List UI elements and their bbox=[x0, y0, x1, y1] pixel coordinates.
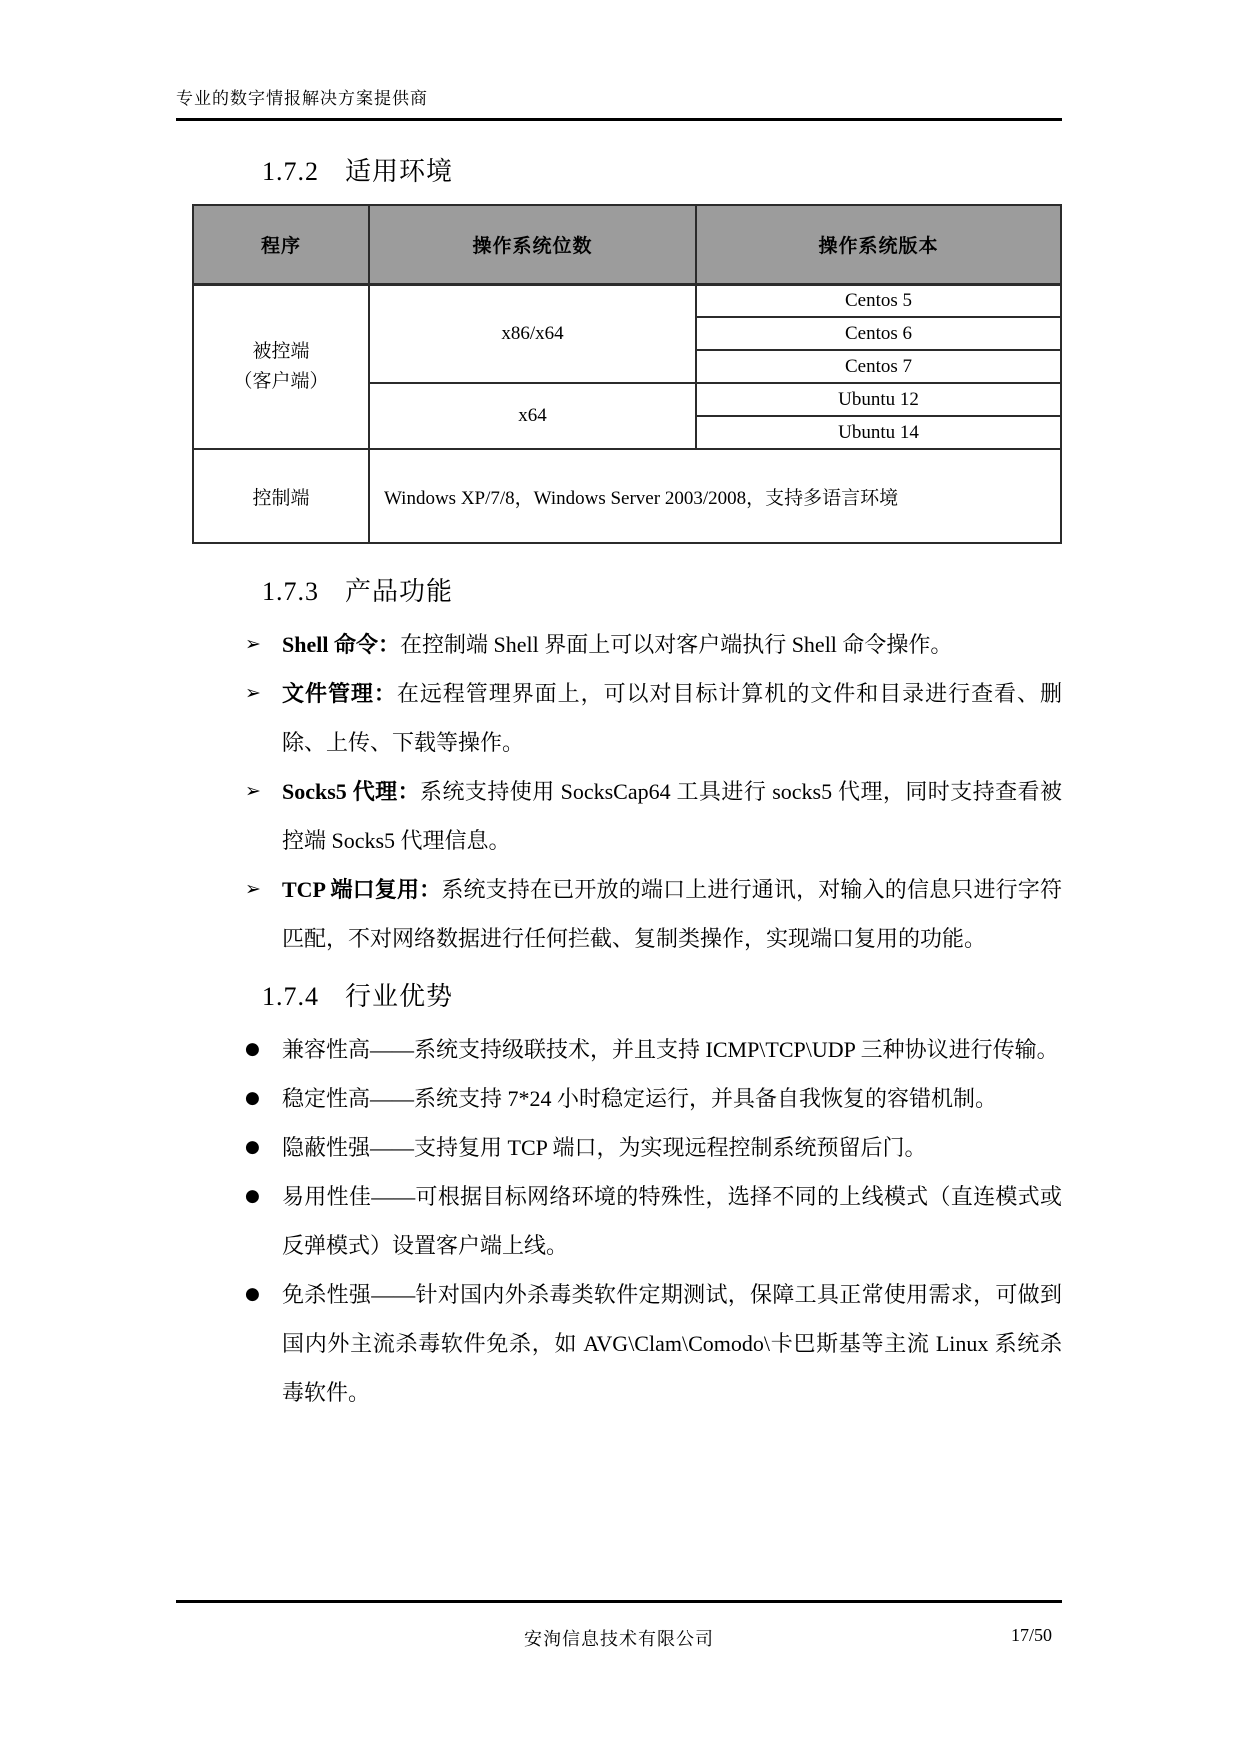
arrow-bullet-icon: ➢ bbox=[245, 865, 282, 914]
feature-text: 在远程管理界面上，可以对目标计算机的文件和目录进行查看、删除、上传、下载等操作。 bbox=[282, 681, 1062, 755]
header-slogan: 专业的数字情报解决方案提供商 bbox=[176, 84, 1062, 109]
feature-lead: 文件管理： bbox=[282, 681, 397, 706]
section-heading-174: 1.7.4行业优势 bbox=[262, 979, 1062, 1015]
advantage-text: 隐蔽性强——支持复用 TCP 端口，为实现远程控制系统预留后门。 bbox=[282, 1123, 1062, 1172]
advantage-text: 免杀性强——针对国内外杀毒类软件定期测试，保障工具正常使用需求，可做到国内外主流… bbox=[282, 1270, 1062, 1417]
cell-controller-value: Windows XP/7/8，Windows Server 2003/2008，… bbox=[369, 449, 1061, 543]
disc-bullet-icon: ● bbox=[245, 1025, 282, 1074]
advantage-list: ● 兼容性高——系统支持级联技术，并且支持 ICMP\TCP\UDP 三种协议进… bbox=[176, 1025, 1062, 1417]
list-item: ➢ Shell 命令：在控制端 Shell 界面上可以对客户端执行 Shell … bbox=[176, 620, 1062, 669]
section-title: 产品功能 bbox=[345, 577, 453, 606]
section-heading-172: 1.7.2适用环境 bbox=[262, 154, 1062, 190]
cell-arch-x86x64: x86/x64 bbox=[369, 284, 696, 383]
disc-bullet-icon: ● bbox=[245, 1123, 282, 1172]
cell-version: Centos 7 bbox=[696, 350, 1061, 383]
section-number: 1.7.2 bbox=[262, 157, 319, 186]
document-page: 专业的数字情报解决方案提供商 1.7.2适用环境 程序 操作系统位数 操作系统版… bbox=[0, 0, 1240, 1754]
section-title: 行业优势 bbox=[345, 982, 453, 1011]
feature-text: 在控制端 Shell 界面上可以对客户端执行 Shell 命令操作。 bbox=[400, 632, 952, 657]
col-header-program: 程序 bbox=[193, 205, 369, 284]
list-item: ● 免杀性强——针对国内外杀毒类软件定期测试，保障工具正常使用需求，可做到国内外… bbox=[176, 1270, 1062, 1417]
section-number: 1.7.4 bbox=[262, 982, 319, 1011]
list-item: ● 易用性佳——可根据目标网络环境的特殊性，选择不同的上线模式（直连模式或反弹模… bbox=[176, 1172, 1062, 1270]
list-item: ● 兼容性高——系统支持级联技术，并且支持 ICMP\TCP\UDP 三种协议进… bbox=[176, 1025, 1062, 1074]
list-item: ➢ 文件管理：在远程管理界面上，可以对目标计算机的文件和目录进行查看、删除、上传… bbox=[176, 669, 1062, 767]
disc-bullet-icon: ● bbox=[245, 1074, 282, 1123]
list-item: ➢ TCP 端口复用：系统支持在已开放的端口上进行通讯，对输入的信息只进行字符匹… bbox=[176, 865, 1062, 963]
list-item: ● 隐蔽性强——支持复用 TCP 端口，为实现远程控制系统预留后门。 bbox=[176, 1123, 1062, 1172]
advantage-text: 稳定性高——系统支持 7*24 小时稳定运行，并具备自我恢复的容错机制。 bbox=[282, 1074, 1062, 1123]
page-content: 1.7.2适用环境 程序 操作系统位数 操作系统版本 被控端 （客户端） x86… bbox=[176, 130, 1062, 1417]
feature-lead: Shell 命令： bbox=[282, 632, 400, 657]
table-row: 被控端 （客户端） x86/x64 Centos 5 bbox=[193, 284, 1061, 317]
table-row: 控制端 Windows XP/7/8，Windows Server 2003/2… bbox=[193, 449, 1061, 543]
section-number: 1.7.3 bbox=[262, 577, 319, 606]
arrow-bullet-icon: ➢ bbox=[245, 620, 282, 669]
section-title: 适用环境 bbox=[345, 157, 453, 186]
advantage-text: 兼容性高——系统支持级联技术，并且支持 ICMP\TCP\UDP 三种协议进行传… bbox=[282, 1025, 1062, 1074]
footer-page-number: 17/50 bbox=[1011, 1625, 1052, 1646]
page-footer: 安洵信息技术有限公司 17/50 bbox=[176, 1600, 1062, 1651]
cell-arch-x64: x64 bbox=[369, 383, 696, 449]
cell-version: Centos 6 bbox=[696, 317, 1061, 350]
col-header-os-version: 操作系统版本 bbox=[696, 205, 1061, 284]
feature-lead: Socks5 代理： bbox=[282, 779, 420, 804]
footer-company: 安洵信息技术有限公司 bbox=[176, 1625, 1062, 1651]
page-header: 专业的数字情报解决方案提供商 bbox=[176, 84, 1062, 121]
feature-list: ➢ Shell 命令：在控制端 Shell 界面上可以对客户端执行 Shell … bbox=[176, 620, 1062, 963]
feature-lead: TCP 端口复用： bbox=[282, 877, 441, 902]
table-header-row: 程序 操作系统位数 操作系统版本 bbox=[193, 205, 1061, 284]
environment-table: 程序 操作系统位数 操作系统版本 被控端 （客户端） x86/x64 Cento… bbox=[192, 204, 1062, 544]
list-item: ➢ Socks5 代理：系统支持使用 SocksCap64 工具进行 socks… bbox=[176, 767, 1062, 865]
list-item: ● 稳定性高——系统支持 7*24 小时稳定运行，并具备自我恢复的容错机制。 bbox=[176, 1074, 1062, 1123]
cell-version: Ubuntu 12 bbox=[696, 383, 1061, 416]
cell-client-label: 被控端 （客户端） bbox=[193, 284, 369, 449]
advantage-text: 易用性佳——可根据目标网络环境的特殊性，选择不同的上线模式（直连模式或反弹模式）… bbox=[282, 1172, 1062, 1270]
disc-bullet-icon: ● bbox=[245, 1172, 282, 1221]
arrow-bullet-icon: ➢ bbox=[245, 669, 282, 718]
disc-bullet-icon: ● bbox=[245, 1270, 282, 1319]
cell-version: Centos 5 bbox=[696, 284, 1061, 317]
cell-controller-label: 控制端 bbox=[193, 449, 369, 543]
arrow-bullet-icon: ➢ bbox=[245, 767, 282, 816]
cell-version: Ubuntu 14 bbox=[696, 416, 1061, 449]
col-header-os-bits: 操作系统位数 bbox=[369, 205, 696, 284]
section-heading-173: 1.7.3产品功能 bbox=[262, 574, 1062, 610]
